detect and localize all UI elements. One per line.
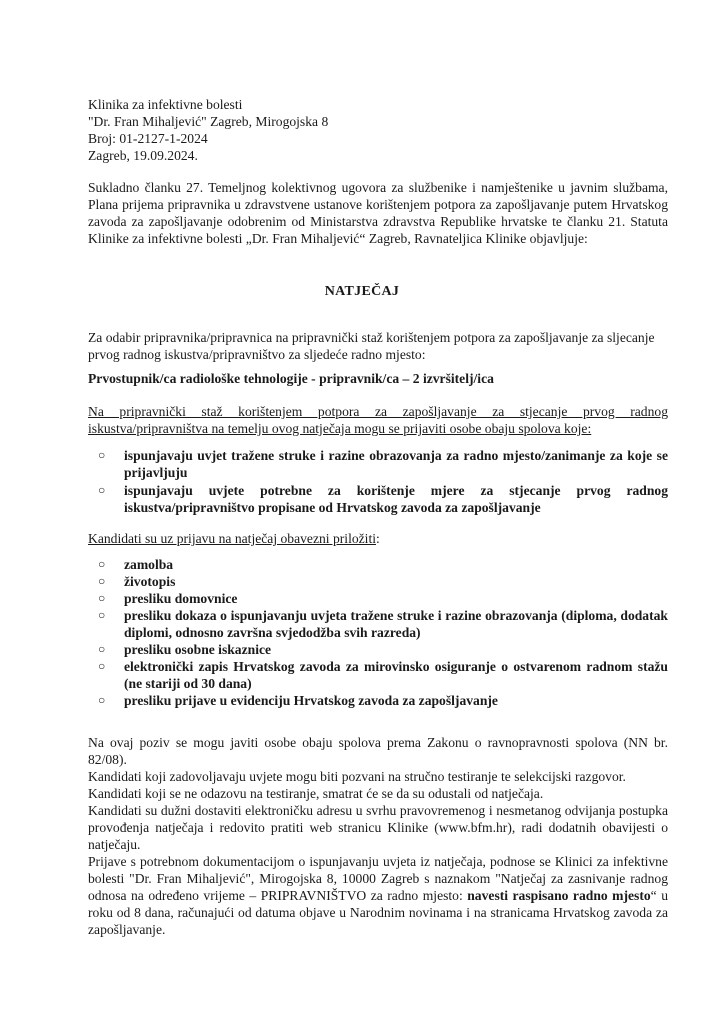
list-item: ○presliku osobne iskaznice [88,641,668,658]
document-page: Klinika za infektivne bolesti "Dr. Fran … [0,0,724,1024]
circle-bullet-icon: ○ [98,641,105,658]
list-item: ○elektronički zapis Hrvatskog zavoda za … [88,658,668,692]
documents-heading: Kandidati su uz prijavu na natječaj obav… [88,530,380,547]
circle-bullet-icon: ○ [98,556,105,573]
list-item: ○zamolba [88,556,668,573]
list-item: ○presliku prijave u evidenciju Hrvatskog… [88,692,668,709]
list-item: ○presliku dokaza o ispunjavanju uvjeta t… [88,607,668,641]
circle-bullet-icon: ○ [98,590,105,607]
list-item: ○životopis [88,573,668,590]
list-item: ○presliku domovnice [88,590,668,607]
institution-address: "Dr. Fran Mihaljević" Zagreb, Mirogojska… [88,113,488,130]
lead-paragraph: Za odabir pripravnika/pripravnica na pri… [88,329,668,363]
intro-paragraph: Sukladno članku 27. Temeljnog kolektivno… [88,179,668,247]
circle-bullet-icon: ○ [98,482,105,499]
circle-bullet-icon: ○ [98,607,105,624]
closing-section: Na ovaj poziv se mogu javiti osobe obaju… [88,734,668,938]
eligibility-heading: Na pripravnički staž korištenjem potpora… [88,403,668,437]
no-show-note: Kandidati koji se ne odazovu na testiran… [88,785,668,802]
letterhead: Klinika za infektivne bolesti "Dr. Fran … [88,96,488,164]
place-and-date: Zagreb, 19.09.2024. [88,147,488,164]
circle-bullet-icon: ○ [98,447,105,464]
institution-name: Klinika za infektivne bolesti [88,96,488,113]
email-website-note: Kandidati su dužni dostaviti elektroničk… [88,802,668,853]
circle-bullet-icon: ○ [98,573,105,590]
testing-note: Kandidati koji zadovoljavaju uvjete mogu… [88,768,668,785]
list-item: ○ispunjavaju uvjet tražene struke i razi… [88,447,668,481]
eligibility-list: ○ispunjavaju uvjet tražene struke i razi… [88,447,668,517]
documents-list: ○zamolba ○životopis ○presliku domovnice … [88,556,668,709]
job-position: Prvostupnik/ca radiološke tehnologije - … [88,370,688,387]
circle-bullet-icon: ○ [98,692,105,709]
circle-bullet-icon: ○ [98,658,105,675]
list-item: ○ispunjavaju uvjete potrebne za korišten… [88,482,668,516]
equality-note: Na ovaj poziv se mogu javiti osobe obaju… [88,734,668,768]
document-title: NATJEČAJ [0,283,724,300]
reference-number: Broj: 01-2127-1-2024 [88,130,488,147]
submission-instructions: Prijave s potrebnom dokumentacijom o isp… [88,853,668,938]
